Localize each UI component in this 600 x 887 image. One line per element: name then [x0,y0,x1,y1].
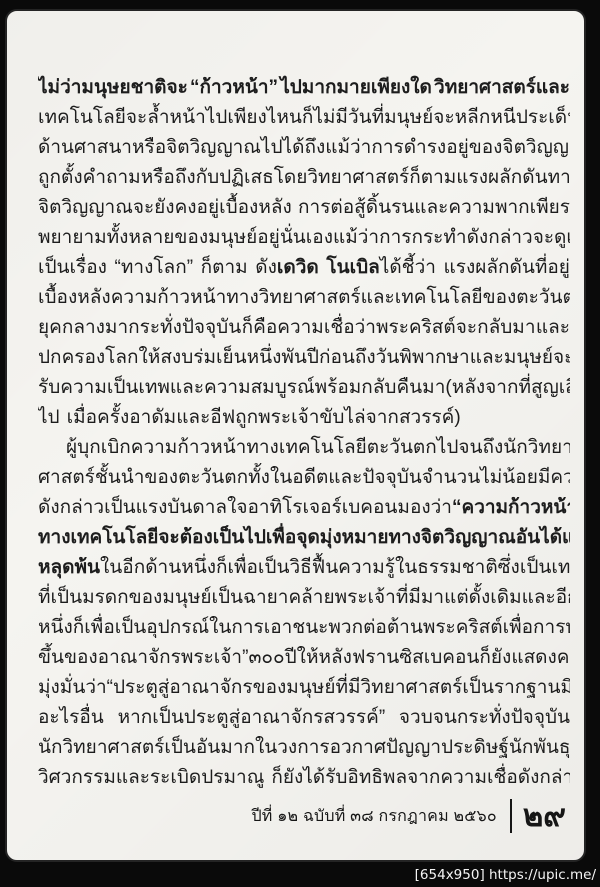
paragraph: ไม่ว่ามนุษยชาติจะ“ก้าวหน้า”ไปมากมายเพียง… [38,73,570,433]
text-chunk: ทั้งในอดีตและปัจจุบันจำนวนไม่น้อยมีความเ… [248,463,570,493]
text-chunk: นักวิทยาศาสตร์เป็นอันมากในวงการอวกาศ [38,733,386,763]
text-chunk: จวบจนกระทั่งปัจจุบัน [399,703,570,733]
text-chunk: จิตวิญญาณจะยังคงอยู่เบื้องหลัง [38,193,292,223]
text-chunk: มองว่า [397,493,452,523]
text-line: เป็นเรื่อง“ทางโลก”ก็ตามดังเดวิดโนเบิลได้… [38,253,570,283]
text-chunk: มิใช่ [560,673,570,703]
text-chunk: เทคโนโลยีจะล้ำหน้าไปเพียงไหนก็ไม่มีวันที… [38,103,570,133]
text-chunk: อาทิ [247,493,282,523]
text-line: ยุคกลางมากระทั่งปัจจุบันก็คือความเชื่อว่… [38,313,570,343]
text-chunk: แรงผลักดันที่อยู่ [444,253,570,283]
issue-info: ปีที่ ๑๒ ฉบับที่ ๓๘ กรกฎาคม ๒๕๖๐ [251,804,496,829]
text-chunk: ก็ยังได้รับอิทธิพลจากความเชื่อดังกล่าว [271,763,570,793]
watermark-text: [654x950] https://upic.me/ [415,867,600,883]
text-line: ไม่ว่ามนุษยชาติจะ“ก้าวหน้า”ไปมากมายเพียง… [38,73,570,103]
text-line: เบื้องหลังความก้าวหน้าทางวิทยาศาสตร์และเ… [38,283,570,313]
text-chunk: ก็ตาม [201,253,248,283]
text-chunk: ในอีกด้านหนึ่งก็เพื่อเป็นวิธีฟื้นความรู้… [100,553,570,583]
text-chunk: “ประตูสู่อาณาจักรของมนุษย์ [107,673,336,703]
text-line: ผู้บุกเบิกความก้าวหน้าทางเทคโนโลยีตะวันต… [38,433,570,463]
footer-divider [510,799,512,833]
text-chunk: “ทางโลก” [115,253,193,283]
text-chunk: อะไรอื่น [38,703,104,733]
scan-frame: ไม่ว่ามนุษยชาติจะ“ก้าวหน้า”ไปมากมายเพียง… [0,0,600,887]
text-chunk: ไปมากมายเพียงใด [280,73,432,103]
text-chunk: ด้านศาสนาหรือจิตวิญญาณไปได้ [38,133,304,163]
article-text: ไม่ว่ามนุษยชาติจะ“ก้าวหน้า”ไปมากมายเพียง… [38,73,570,793]
text-chunk: การต่อสู้ดิ้นรนและความพากเพียร [298,193,570,223]
text-line: อะไรอื่นหากเป็นประตูสู่อาณาจักรสวรรค์”จว… [38,703,570,733]
text-chunk: ปีให้หลัง [285,643,352,673]
watermark-bar: [654x950] https://upic.me/ [0,863,600,887]
text-chunk: เป็นเรื่อง [38,253,107,283]
text-line: ที่เป็นมรดกของมนุษย์เป็นฉายาคล้ายพระเจ้า… [38,583,570,613]
text-chunk: ถึงแม้ว่าการดำรงอยู่ของจิตวิญญาณ [304,133,570,163]
text-line: จิตวิญญาณจะยังคงอยู่เบื้องหลังการต่อสู้ด… [38,193,570,223]
text-line: ขึ้นของอาณาจักรพระเจ้า”๓๐๐ปีให้หลังฟรานซ… [38,643,570,673]
text-line: ทางเทคโนโลยีจะต้องเป็นไปเพื่อจุดมุ่งหมาย… [38,523,570,553]
text-chunk: “ความก้าวหน้า [452,493,570,523]
text-line: นักวิทยาศาสตร์เป็นอันมากในวงการอวกาศปัญญ… [38,733,570,763]
text-chunk: หนึ่งก็เพื่อเป็นอุปกรณ์ในการเอาชนะพวกต่อ… [38,613,570,643]
text-chunk: ดังเดวิด [255,253,318,283]
text-line: หนึ่งก็เพื่อเป็นอุปกรณ์ในการเอาชนะพวกต่อ… [38,613,570,643]
text-line: วิศวกรรมและระเบิดปรมาณูก็ยังได้รับอิทธิพ… [38,763,570,793]
text-line: หลุดพ้นในอีกด้านหนึ่งก็เพื่อเป็นวิธีฟื้น… [38,553,570,583]
page-number: ๒๙ [523,799,566,833]
text-chunk: เบื้องหลังความก้าวหน้าทางวิทยาศาสตร์และเ… [38,283,570,313]
text-chunk: วิทยาศาสตร์และ [434,73,570,103]
text-line: ดังกล่าวเป็นแรงบันดาลใจอาทิโรเจอร์เบคอนม… [38,493,570,523]
text-line: ปกครองโลกให้สงบร่มเย็นหนึ่งพันปีก่อนถึงว… [38,343,570,373]
text-chunk: วิศวกรรมและระเบิดปรมาณู [38,763,264,793]
text-chunk: ฟรานซิส [352,643,424,673]
text-chunk: ที่มีวิทยาศาสตร์เป็นรากฐาน [335,673,560,703]
text-chunk: เบคอนก็ยังแสดงความ [424,643,570,673]
text-chunk: พยายามทั้งหลายของมนุษย์อยู่นั่นเอง [38,223,333,253]
text-chunk: เป็นฉายาคล้ายพระเจ้าที่มีมาแต่ดั้งเดิม [212,583,522,613]
text-chunk: จะดูเหมือน [533,223,570,253]
text-chunk: “ก้าวหน้า” [190,73,278,103]
text-line: ไปเมื่อครั้งอาดัมและอีฟถูกพระเจ้าขับไล่จ… [38,403,570,433]
text-chunk: ปัญญา [386,733,441,763]
text-chunk: ดังกล่าวเป็นแรงบันดาลใจ [38,493,247,523]
text-chunk: ไม่ว่ามนุษยชาติจะ [38,73,188,103]
text-chunk: ไป [38,403,60,433]
text-chunk: หลุดพ้น [38,553,100,583]
text-chunk: แม้ว่าการกระทำดังกล่าว [333,223,533,253]
text-line: รับความเป็นเทพและความสมบูรณ์พร้อมกลับคืน… [38,373,570,403]
magazine-page: ไม่ว่ามนุษยชาติจะ“ก้าวหน้า”ไปมากมายเพียง… [5,9,586,862]
text-chunk: รับความเป็นเทพและความสมบูรณ์พร้อมกลับคืน… [38,373,445,403]
text-chunk: โรเจอร์ [282,493,342,523]
text-chunk: (หลังจากที่สูญเสีย [445,373,570,403]
page-footer: ปีที่ ๑๒ ฉบับที่ ๓๘ กรกฎาคม ๒๕๖๐ ๒๙ [251,799,566,833]
text-line: ด้านศาสนาหรือจิตวิญญาณไปได้ถึงแม้ว่าการด… [38,133,570,163]
text-chunk: นักพันธุ- [509,733,570,763]
text-chunk: โนเบิลได้ชี้ว่า [326,253,436,283]
text-chunk: เบคอน [342,493,398,523]
text-chunk: ที่เป็นมรดกของมนุษย์ [38,583,212,613]
text-chunk: ศาสตร์ชั้นนำของตะวันตก [38,463,248,493]
text-chunk: มุ่งมั่นว่า [38,673,107,703]
text-chunk: และ [536,313,570,343]
text-chunk: ก็คือความเชื่อว่าพระคริสต์จะกลับมา [242,313,536,343]
text-line: พยายามทั้งหลายของมนุษย์อยู่นั่นเองแม้ว่า… [38,223,570,253]
text-line: เทคโนโลยีจะล้ำหน้าไปเพียงไหนก็ไม่มีวันที… [38,103,570,133]
text-chunk: และอีกด้าน [522,583,570,613]
text-chunk: ยุคกลางมากระทั่งปัจจุบัน [38,313,241,343]
text-chunk: ผู้บุกเบิกความก้าวหน้าทางเทคโนโลยีตะวันต… [66,433,570,463]
text-line: ถูกตั้งคำถามหรือถึงกับปฏิเสธโดยวิทยาศาสต… [38,163,570,193]
text-chunk: และมนุษย์จะได้ [470,343,570,373]
text-chunk: ทางเทคโนโลยีจะต้องเป็นไปเพื่อจุดมุ่งหมาย… [38,523,570,553]
text-line: มุ่งมั่นว่า“ประตูสู่อาณาจักรของมนุษย์ที่… [38,673,570,703]
text-chunk: แรงผลักดันทาง [456,163,570,193]
text-chunk: ขึ้นของอาณาจักรพระเจ้า” [38,643,248,673]
text-chunk: ปกครองโลกให้สงบร่มเย็นหนึ่งพันปีก่อนถึงว… [38,343,470,373]
paragraph: ผู้บุกเบิกความก้าวหน้าทางเทคโนโลยีตะวันต… [38,433,570,793]
text-chunk: เมื่อครั้งอาดัมและอีฟถูกพระเจ้าขับไล่จาก… [67,403,461,433]
text-chunk: ถูกตั้งคำถามหรือถึงกับปฏิเสธโดยวิทยาศาสต… [38,163,456,193]
text-chunk: ประดิษฐ์ [441,733,509,763]
text-line: ศาสตร์ชั้นนำของตะวันตกทั้งในอดีตและปัจจุ… [38,463,570,493]
text-chunk: ๓๐๐ [248,643,284,673]
text-chunk: หากเป็นประตูสู่อาณาจักรสวรรค์” [118,703,386,733]
